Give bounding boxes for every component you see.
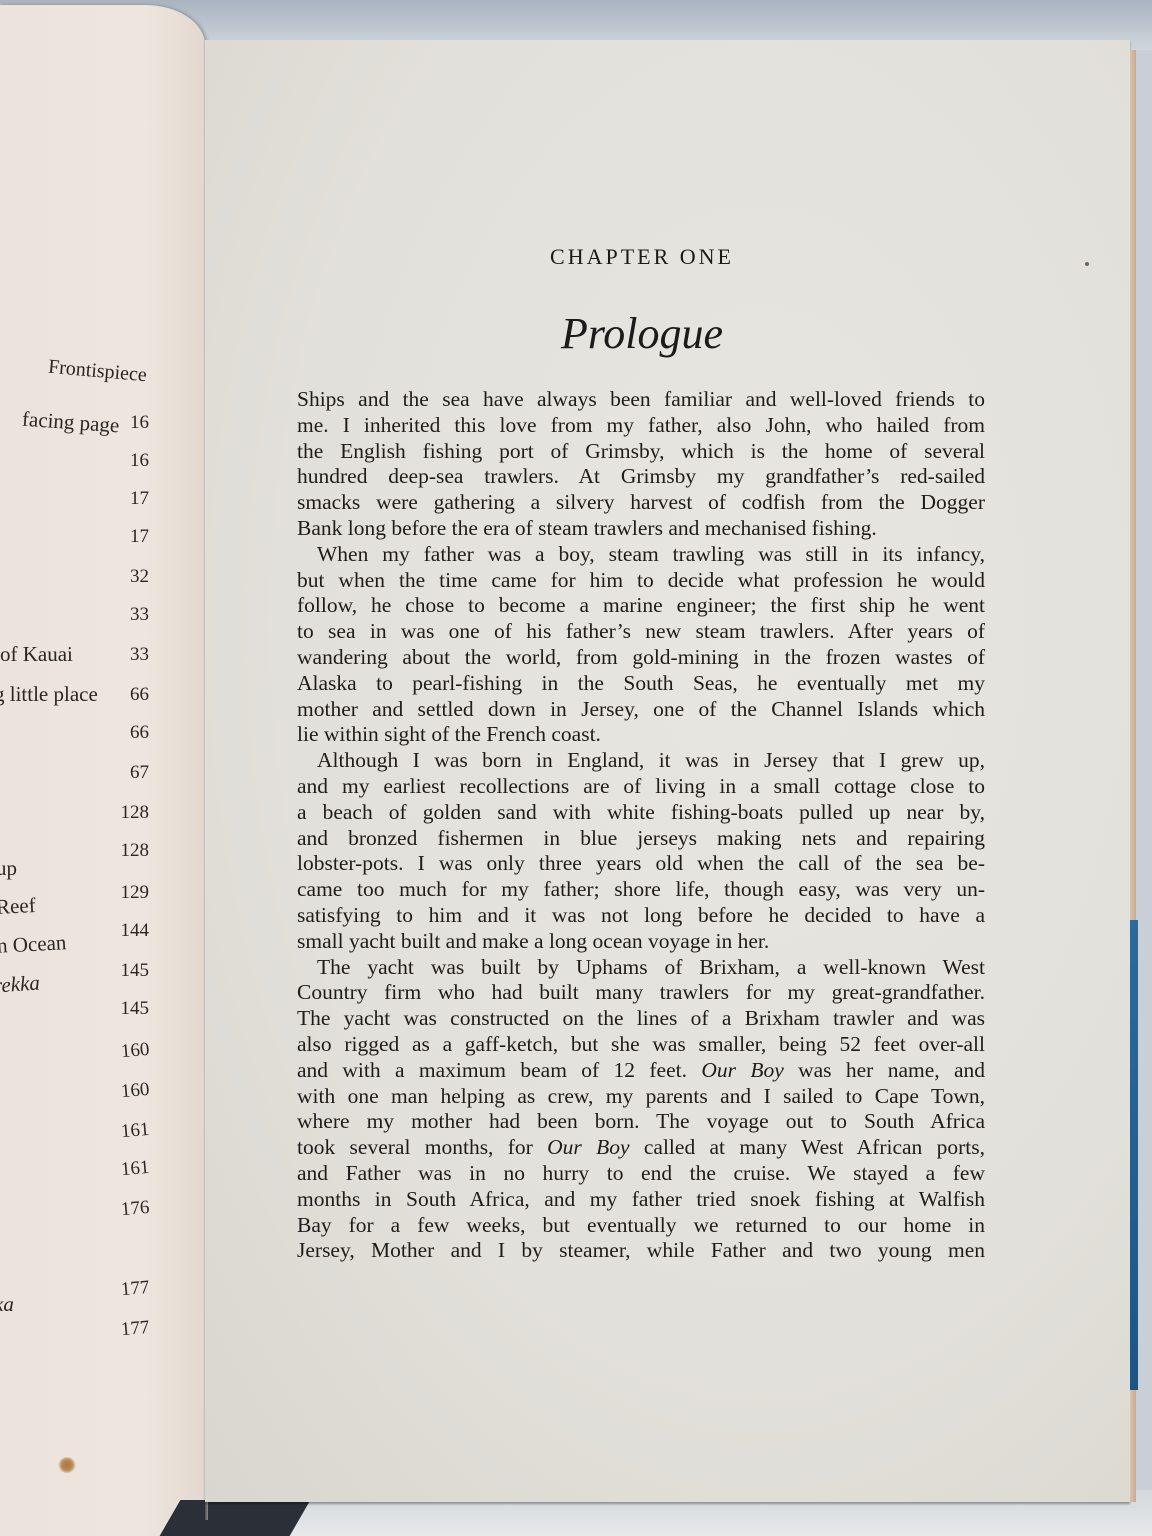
paragraph: Although I was born in England, it was i… (297, 748, 985, 954)
toc-entry-page: 17 (130, 526, 149, 548)
book-cover-edge (160, 1500, 311, 1536)
toc-entry-page: 129 (121, 882, 150, 904)
paragraph: When my father was a boy, steam trawling… (297, 542, 985, 748)
toc-entry-title: of Kauai (0, 642, 73, 667)
text-line: follow, he chose to become a marine engi… (297, 593, 985, 619)
toc-entry-title: n Ocean (0, 930, 67, 959)
text-line: also rigged as a gaff-ketch, but she was… (297, 1032, 985, 1058)
text-line: satisfying to him and it was not long be… (297, 903, 985, 929)
toc-entry-title: ka (0, 1292, 14, 1317)
text-line: took several months, for Our Boy called … (297, 1135, 985, 1161)
toc-entry-page: 67 (130, 762, 149, 784)
toc-entry-page: 161 (120, 1119, 150, 1143)
toc-entry-page: 16 (130, 450, 149, 472)
text-line: Although I was born in England, it was i… (297, 748, 985, 774)
paper-speck (1085, 262, 1089, 266)
chapter-title: Prologue (297, 308, 987, 359)
text-line: Alaska to pearl-fishing in the South Sea… (297, 671, 985, 697)
toc-entry-page: 160 (120, 1079, 150, 1103)
text-fragment: and with a maximum beam of 12 feet. (297, 1058, 687, 1082)
toc-entry-title: Reef (0, 893, 36, 920)
text-line: and Father was in no hurry to end the cr… (297, 1161, 985, 1187)
text-line: and with a maximum beam of 12 feet. Our … (297, 1058, 985, 1084)
text-line: mother and settled down in Jersey, one o… (297, 697, 985, 723)
text-line: The yacht was constructed on the lines o… (297, 1006, 985, 1032)
text-line: lobster-pots. I was only three years old… (297, 851, 985, 877)
text-line: Bank long before the era of steam trawle… (297, 516, 985, 542)
toc-entry-page: 66 (130, 684, 149, 706)
ship-name: Our Boy (547, 1135, 629, 1159)
left-page (0, 5, 205, 1536)
toc-entry-page: 160 (120, 1039, 150, 1063)
chapter-label: CHAPTER ONE (297, 244, 987, 270)
text-line: a beach of golden sand with white fishin… (297, 800, 985, 826)
toc-entry-page: 128 (121, 802, 150, 824)
text-line: where my mother had been born. The voyag… (297, 1109, 985, 1135)
toc-entry-page: 161 (120, 1157, 150, 1181)
text-line: The yacht was built by Uphams of Brixham… (297, 955, 985, 981)
toc-entry-page: 145 (121, 960, 150, 982)
text-line: the English fishing port of Grimsby, whi… (297, 439, 985, 465)
text-line: months in South Africa, and my father tr… (297, 1187, 985, 1213)
page-stain (58, 1457, 76, 1473)
toc-entry-page: 128 (121, 840, 150, 862)
text-line: me. I inherited this love from my father… (297, 413, 985, 439)
text-line: and my earliest recollections are of liv… (297, 774, 985, 800)
text-line: lie within sight of the French coast. (297, 722, 985, 748)
toc-entry-page: 66 (130, 722, 149, 744)
toc-entry-title: rekka (0, 970, 41, 998)
toc-entry-page: 32 (130, 566, 149, 588)
text-line: wandering about the world, from gold-min… (297, 645, 985, 671)
text-line: small yacht built and make a long ocean … (297, 929, 985, 955)
text-fragment: called at many West African ports, (630, 1135, 985, 1159)
toc-entry-page: 176 (120, 1197, 150, 1221)
text-line: and bronzed fishermen in blue jerseys ma… (297, 826, 985, 852)
toc-entry-page: 144 (121, 920, 150, 942)
toc-entry-page: 177 (120, 1277, 150, 1301)
toc-entry-page: 33 (130, 604, 149, 626)
text-line: Country firm who had built many trawlers… (297, 980, 985, 1006)
text-line: When my father was a boy, steam trawling… (297, 542, 985, 568)
text-line: Jersey, Mother and I by steamer, while F… (297, 1238, 985, 1264)
toc-entry-page: 145 (121, 998, 150, 1020)
toc-entry-title: up (0, 856, 17, 881)
toc-entry-page: 177 (120, 1317, 150, 1341)
text-line: Bay for a few weeks, but eventually we r… (297, 1213, 985, 1239)
toc-entry-page: 17 (130, 488, 149, 510)
text-line: to sea in was one of his father’s new st… (297, 619, 985, 645)
text-line: but when the time came for him to decide… (297, 568, 985, 594)
toc-entry-page: 16 (130, 412, 149, 434)
text-fragment: took several months, for (297, 1135, 533, 1159)
book-cover-edge-blue (1130, 920, 1138, 1390)
toc-entry-page: 33 (130, 644, 149, 666)
text-line: with one man helping as crew, my parents… (297, 1084, 985, 1110)
text-line: Ships and the sea have always been famil… (297, 387, 985, 413)
paragraph: The yacht was built by Uphams of Brixham… (297, 955, 985, 1265)
text-line: came too much for my father; shore life,… (297, 877, 985, 903)
ship-name: Our Boy (701, 1058, 783, 1082)
text-line: hundred deep-sea trawlers. At Grimsby my… (297, 464, 985, 490)
toc-entry-title: g little place (0, 682, 98, 707)
chapter-body: Ships and the sea have always been famil… (297, 387, 985, 1264)
text-line: smacks were gathering a silvery harvest … (297, 490, 985, 516)
paragraph: Ships and the sea have always been famil… (297, 387, 985, 542)
text-fragment: was her name, and (784, 1058, 985, 1082)
